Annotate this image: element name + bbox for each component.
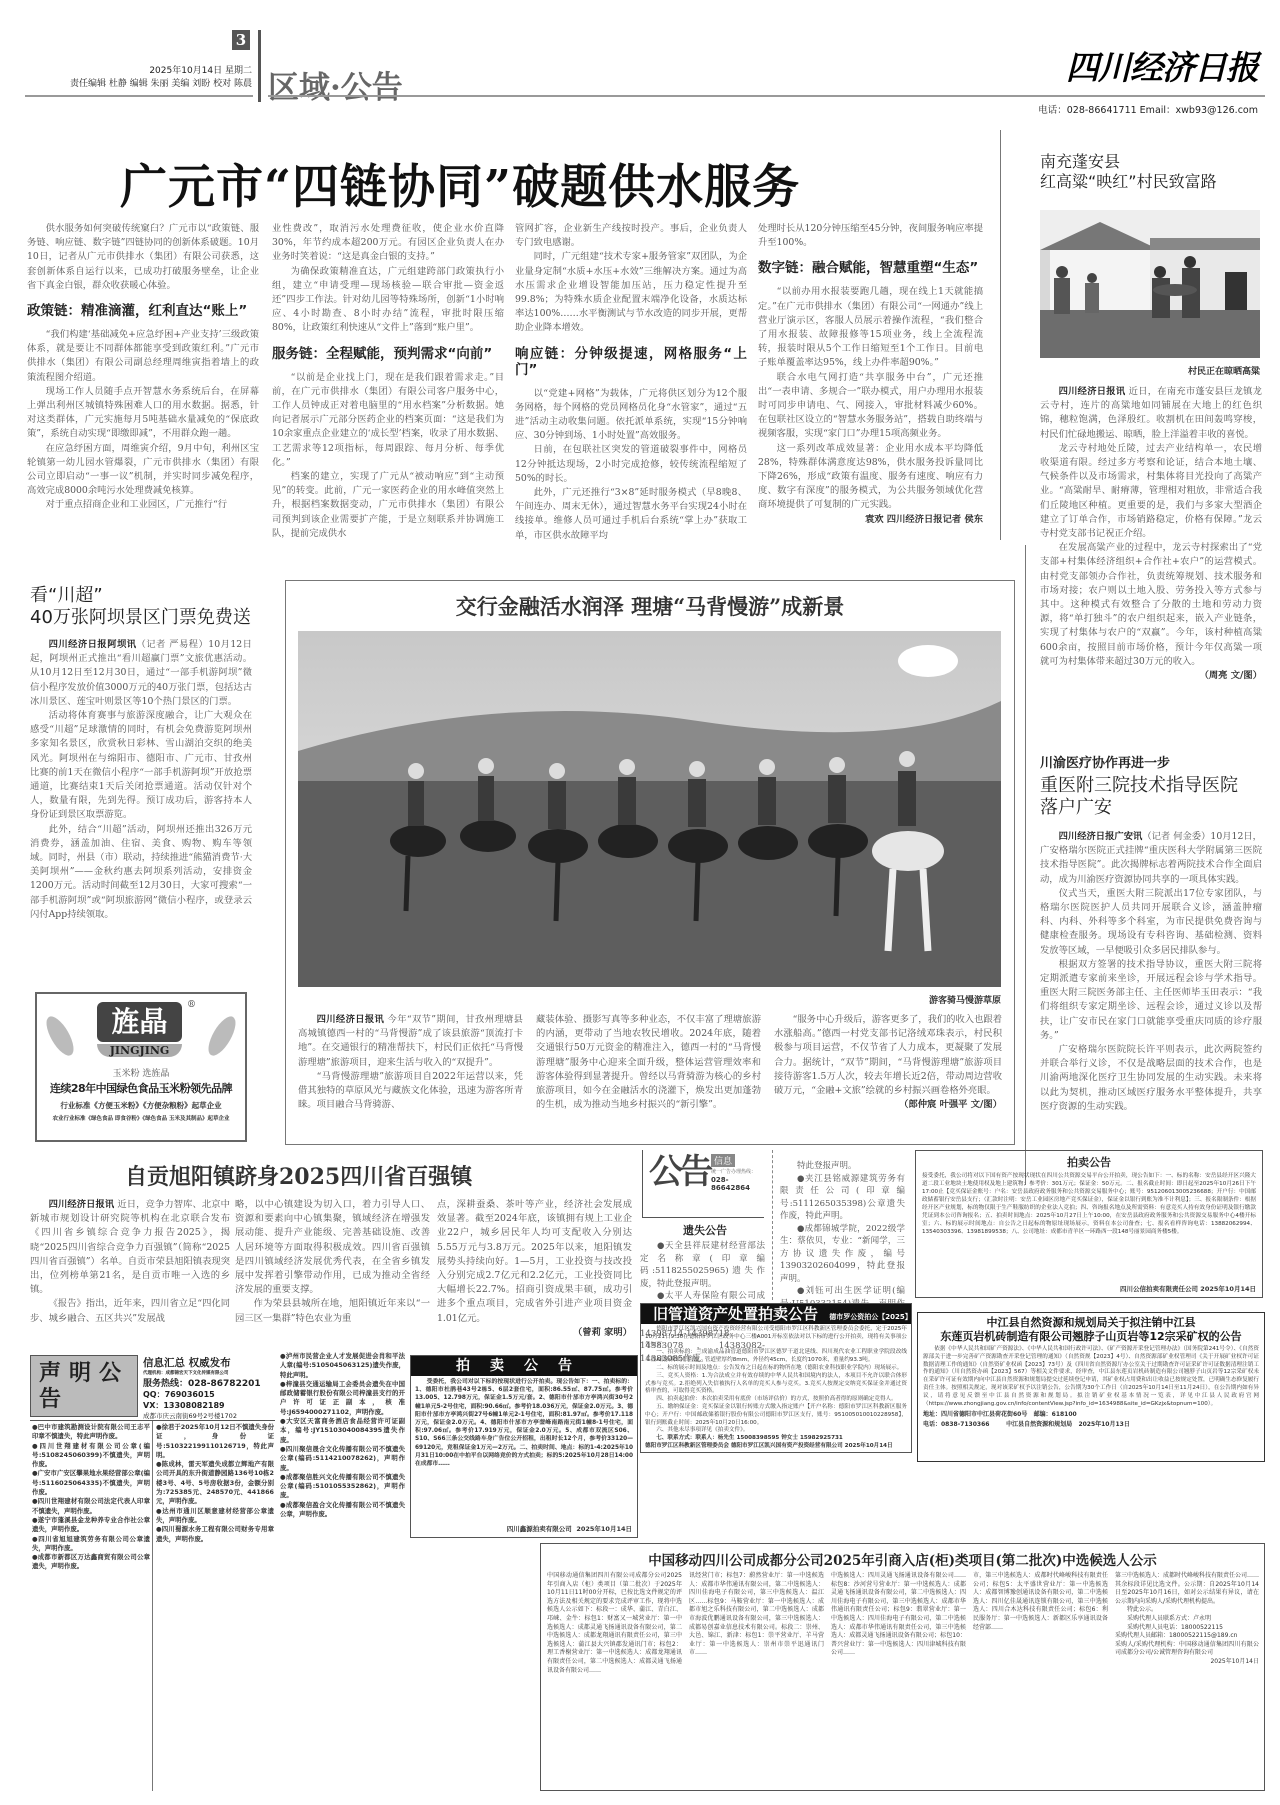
jingjing-claim: 连续28年中国绿色食品玉米粉领先品牌 [37, 1080, 245, 1096]
issue-date: 2025年10月14日 星期二 [30, 65, 252, 78]
china-mobile-title: 中国移动四川公司成都分公司2025年引商入店(柜)类项目(第二批次)中选候选人公… [541, 1549, 1264, 1569]
litang-horse-photo [298, 631, 1001, 987]
header-rule-left [25, 95, 253, 97]
jingjing-advertisement[interactable]: 旌晶 ® JINGJING 玉米粉 选旌晶 连续28年中国绿色食品玉米粉领先品牌… [35, 992, 247, 1142]
registered-mark: ® [187, 1000, 196, 1010]
jingjing-en-logo: JINGJING [97, 1044, 182, 1057]
classified-col3: ●泸州市民营企业人才发展促进会肖和平法人章(编号:5105045063125)遗… [280, 1352, 405, 1519]
newspaper-masthead: 四川经济日报 [1066, 42, 1258, 89]
corn-icon [203, 1012, 241, 1059]
dateline: 2025年10月14日 星期二 责任编辑 杜静 编辑 朱丽 美编 刘盼 校对 陈… [30, 65, 252, 91]
lost-notice-title: 遗失公告 [650, 1222, 760, 1238]
litang-headline: 交行金融活水润泽 理塘“马背慢游”成新景 [286, 591, 1014, 621]
subhead-digital-chain: 数字链：融合赋能，智慧重塑“生态” [758, 260, 983, 276]
mining-rights-notice: 中江县自然资源和规划局关于拟注销中江县 东莲页岩机砖制造有限公司翘脖子山页岩等1… [917, 1312, 1265, 1462]
corn-icon [41, 1012, 79, 1059]
main-article-col1: 供水服务如何突破传统窠臼？广元市以“政策链、服务链、响应链、数字链”四链协同的创… [27, 222, 259, 513]
aba-body: 四川经济日报阿坝讯（记者 严易程）10月12日起，阿坝州正式推出“看川超赢门票”… [30, 638, 252, 922]
litang-col1: 四川经济日报讯 今年“双节”期间，甘孜州理塘县高城镇德西一村的“马背慢游”成了该… [298, 1013, 523, 1112]
zigong-col3: 点，深耕蚕桑、茶叶等产业，经济社会发展成效显著。截至2024年底，该镇拥有规上工… [437, 1198, 632, 1340]
medical-kicker: 川渝医疗协作再进一步 [1040, 752, 1262, 771]
auction-notice-title: 拍卖公告 [916, 1154, 1262, 1170]
aba-title: 看“川超” 40万张阿坝景区门票免费送 [30, 585, 260, 629]
section-title: 区域·公告 [268, 62, 403, 107]
subhead-policy-chain: 政策链：精准滴灌，红利直达“账上” [27, 303, 259, 319]
litang-col3: “服务中心升级后，游客更多了，我们的收入也跟着水涨船高。”德西一村党支部书记洛绒… [774, 1013, 1002, 1112]
auction-notice-anyue: 拍卖公告 接受委托，我公司将对以下国有资产按现状现状在四川公共资源交易平台公开拍… [915, 1150, 1263, 1298]
lost-notices-right: 特此登报声明。 ●夹江县铭威源建筑劳务有限责任公司(印章编号:511126503… [780, 1160, 905, 1323]
editor-credits: 责任编辑 杜静 编辑 朱丽 美编 刘盼 校对 陈晨 [30, 78, 252, 91]
zigong-headline: 自贡旭阳镇跻身2025四川省百强镇 [125, 1160, 472, 1191]
classified-logo: 声明公告 [39, 1360, 131, 1412]
medical-title-block: 川渝医疗协作再进一步 重医附三院技术指导医院 落户广安 [1040, 752, 1262, 819]
nanchong-body: 四川经济日报讯 近日，在南充市蓬安县巨龙镇龙云寺村，连片的高粱地如同铺展在大地上… [1040, 385, 1262, 683]
main-byline: 袁欢 四川经济日报记者 侯东 [758, 513, 983, 527]
main-article-col3: 管网扩容，企业新生产线按时投产。事后，企业负责人专门致电感谢。 同时，广元组建“… [515, 222, 747, 543]
villagers-drying-sorghum-image [1040, 210, 1260, 358]
subhead-service-chain: 服务链：全程赋能，预判需求“向前” [272, 346, 504, 362]
main-article-col4: 处理时长从120分钟压缩至45分钟，夜间服务响应率提升至100%。 数字链：融合… [758, 222, 983, 527]
notice-logo: 公告 [649, 1144, 709, 1193]
column-divider [1025, 545, 1026, 1185]
main-article-col2: 业性费改”，取消污水处理费征收，使企业水价直降30%，年节约成本超200万元。有… [272, 222, 504, 541]
notice-divider [772, 1150, 773, 1300]
classified-logo-box: 声明公告 [30, 1355, 138, 1417]
jingjing-logo: 旌晶 [97, 1002, 182, 1042]
header-rule-right [268, 95, 1265, 97]
classified-listings: ●巴中市建筑勘测设计院有限公司王志平印章不慎遗失，特此声明作废。 ●四川世翔建材… [30, 1420, 275, 1795]
sorghum-photo [1040, 210, 1260, 358]
zigong-col1: 四川经济日报讯 近日，竞争力智库、北京中新城市规划设计研究院等机构在北京联合发布… [30, 1198, 230, 1326]
medical-title-line2: 落户广安 [1040, 797, 1262, 819]
auction-notice-deyang: 拍卖公告 受委托，我公司对以下标的按现状进行公开拍卖。现公告如下：一、拍卖标的：… [410, 1355, 638, 1538]
zigong-col2: 略，以中心镇建设为切入口，着力引导人口、资源和要素向中心镇集聚，镇域经济在增强发… [235, 1198, 430, 1326]
litang-col2: 藏装体验、摄影写真等多种业态，不仅丰富了理塘旅游的内涵，更带动了当地农牧民增收。… [536, 1013, 761, 1112]
tourists-riding-horses-image [298, 631, 1001, 987]
mining-notice-title-1: 中江县自然资源和规划局关于拟注销中江县 [918, 1316, 1264, 1330]
notice-hotline: 028-86642864 [711, 1176, 764, 1192]
classified-slogan: 信息汇总 权威发布 [143, 1355, 275, 1370]
mining-notice-title-2: 东莲页岩机砖制造有限公司翘脖子山页岩等12宗采矿权的公告 [918, 1330, 1264, 1344]
contact-info: 电话：028-86641711 Email：xwb93@126.com [1038, 102, 1258, 116]
notice-tag: 信息 [711, 1154, 735, 1167]
header-divider [258, 30, 261, 102]
page-number: 3 [232, 30, 250, 50]
auction-left-title-bar: 拍卖公告 [411, 1356, 637, 1376]
china-mobile-notice: 中国移动四川公司成都分公司2025年引商入店(柜)类项目(第二批次)中选候选人公… [540, 1543, 1265, 1791]
classified-contact-block: 信息汇总 权威发布 代理机构：成都锦宏天下文化传媒有限公司 服务热线：028-8… [143, 1355, 275, 1417]
litang-article-box: 交行金融活水润泽 理塘“马背慢游”成新景 [285, 580, 1015, 1145]
column-divider [1000, 130, 1001, 540]
medical-title-line1: 重医附三院技术指导医院 [1040, 775, 1262, 797]
main-headline: 广元市“四链协同”破题供水服务 [120, 150, 800, 217]
medical-body: 四川经济日报广安讯（记者 何金委）10月12日，广安格瑞尔医院正式挂牌“重庆医科… [1040, 830, 1262, 1114]
jingjing-slogan: 玉米粉 选旌晶 [37, 1066, 245, 1079]
subhead-response-chain: 响应链：分钟级提速，网格服务“上门” [515, 346, 747, 378]
litang-photo-caption: 游客骑马慢游草原 [298, 993, 1001, 1006]
pipeline-auction-title-bar: 旧管道资产处置拍卖公告 德市罗公资拍公【2025】01号 [641, 1304, 911, 1324]
notice-logo-block: 公告 信息 统一广告办理热线： 028-86642864 [642, 1150, 764, 1218]
pipeline-auction-notice: 旧管道资产处置拍卖公告 德市罗公资拍公【2025】01号 德阳市罗江区凯兴国有资… [640, 1303, 912, 1453]
nanchong-title: 南充蓬安县 红高粱“映红”村民致富路 [1040, 152, 1217, 192]
sorghum-photo-caption: 村民正在晾晒高粱 [1040, 364, 1260, 377]
classified-hotline: 服务热线：028-86782201 [143, 1376, 275, 1389]
